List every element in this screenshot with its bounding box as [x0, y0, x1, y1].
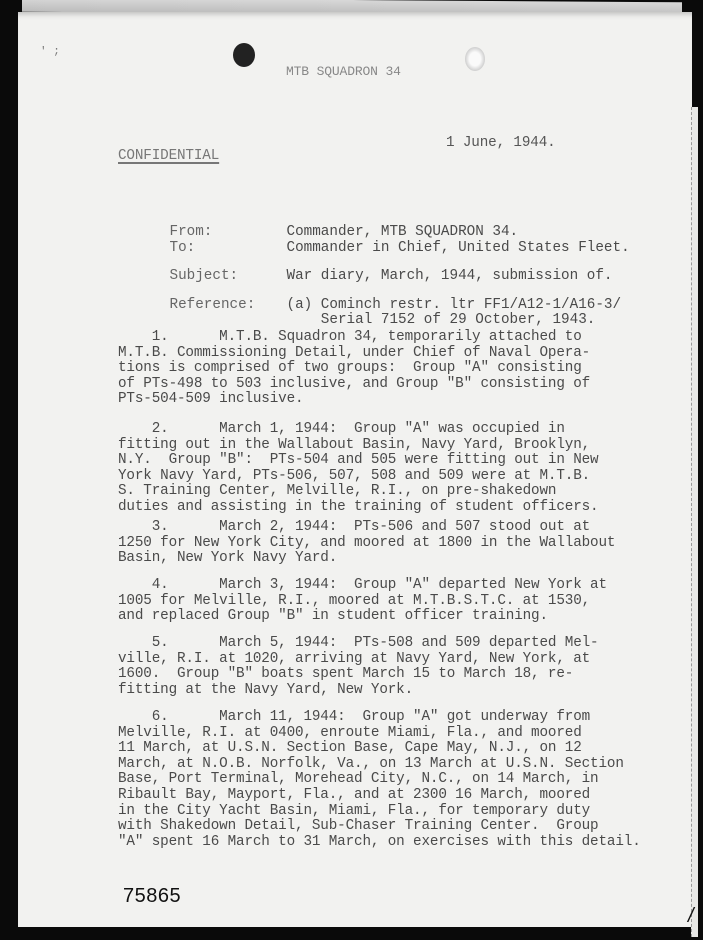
- paragraph-5: 5. March 5, 1944: PTs-508 and 509 depart…: [118, 636, 678, 698]
- classification-marking: CONFIDENTIAL: [118, 149, 219, 165]
- paragraph-6: 6. March 11, 1944: Group "A" got underwa…: [118, 710, 678, 850]
- paragraph-1: 1. M.T.B. Squadron 34, temporarily attac…: [118, 330, 678, 408]
- paragraph-4: 4. March 3, 1944: Group "A" departed New…: [118, 578, 678, 625]
- letterhead: MTB SQUADRON 34: [286, 64, 401, 80]
- handwritten-page-number: /: [688, 905, 694, 928]
- document-scan: ' ; MTB SQUADRON 34 1 June, 1944. CONFID…: [0, 0, 703, 940]
- reference-value: (a) Cominch restr. ltr FF1/A12-1/A16-3/ …: [286, 298, 621, 329]
- document-date: 1 June, 1944.: [446, 136, 556, 152]
- paragraph-3: 3. March 2, 1944: PTs-506 and 507 stood …: [118, 520, 678, 567]
- reference-label: Reference:: [169, 298, 286, 314]
- document-page: ' ; MTB SQUADRON 34 1 June, 1944. CONFID…: [18, 12, 692, 927]
- punch-hole-faint-icon: [465, 47, 485, 71]
- stray-mark: ' ;: [40, 46, 60, 58]
- paragraph-2: 2. March 1, 1944: Group "A" was occupied…: [118, 422, 678, 516]
- page-right-edge: [691, 107, 698, 937]
- archive-stamp-number: 75865: [123, 885, 181, 908]
- punch-hole-icon: [233, 43, 255, 67]
